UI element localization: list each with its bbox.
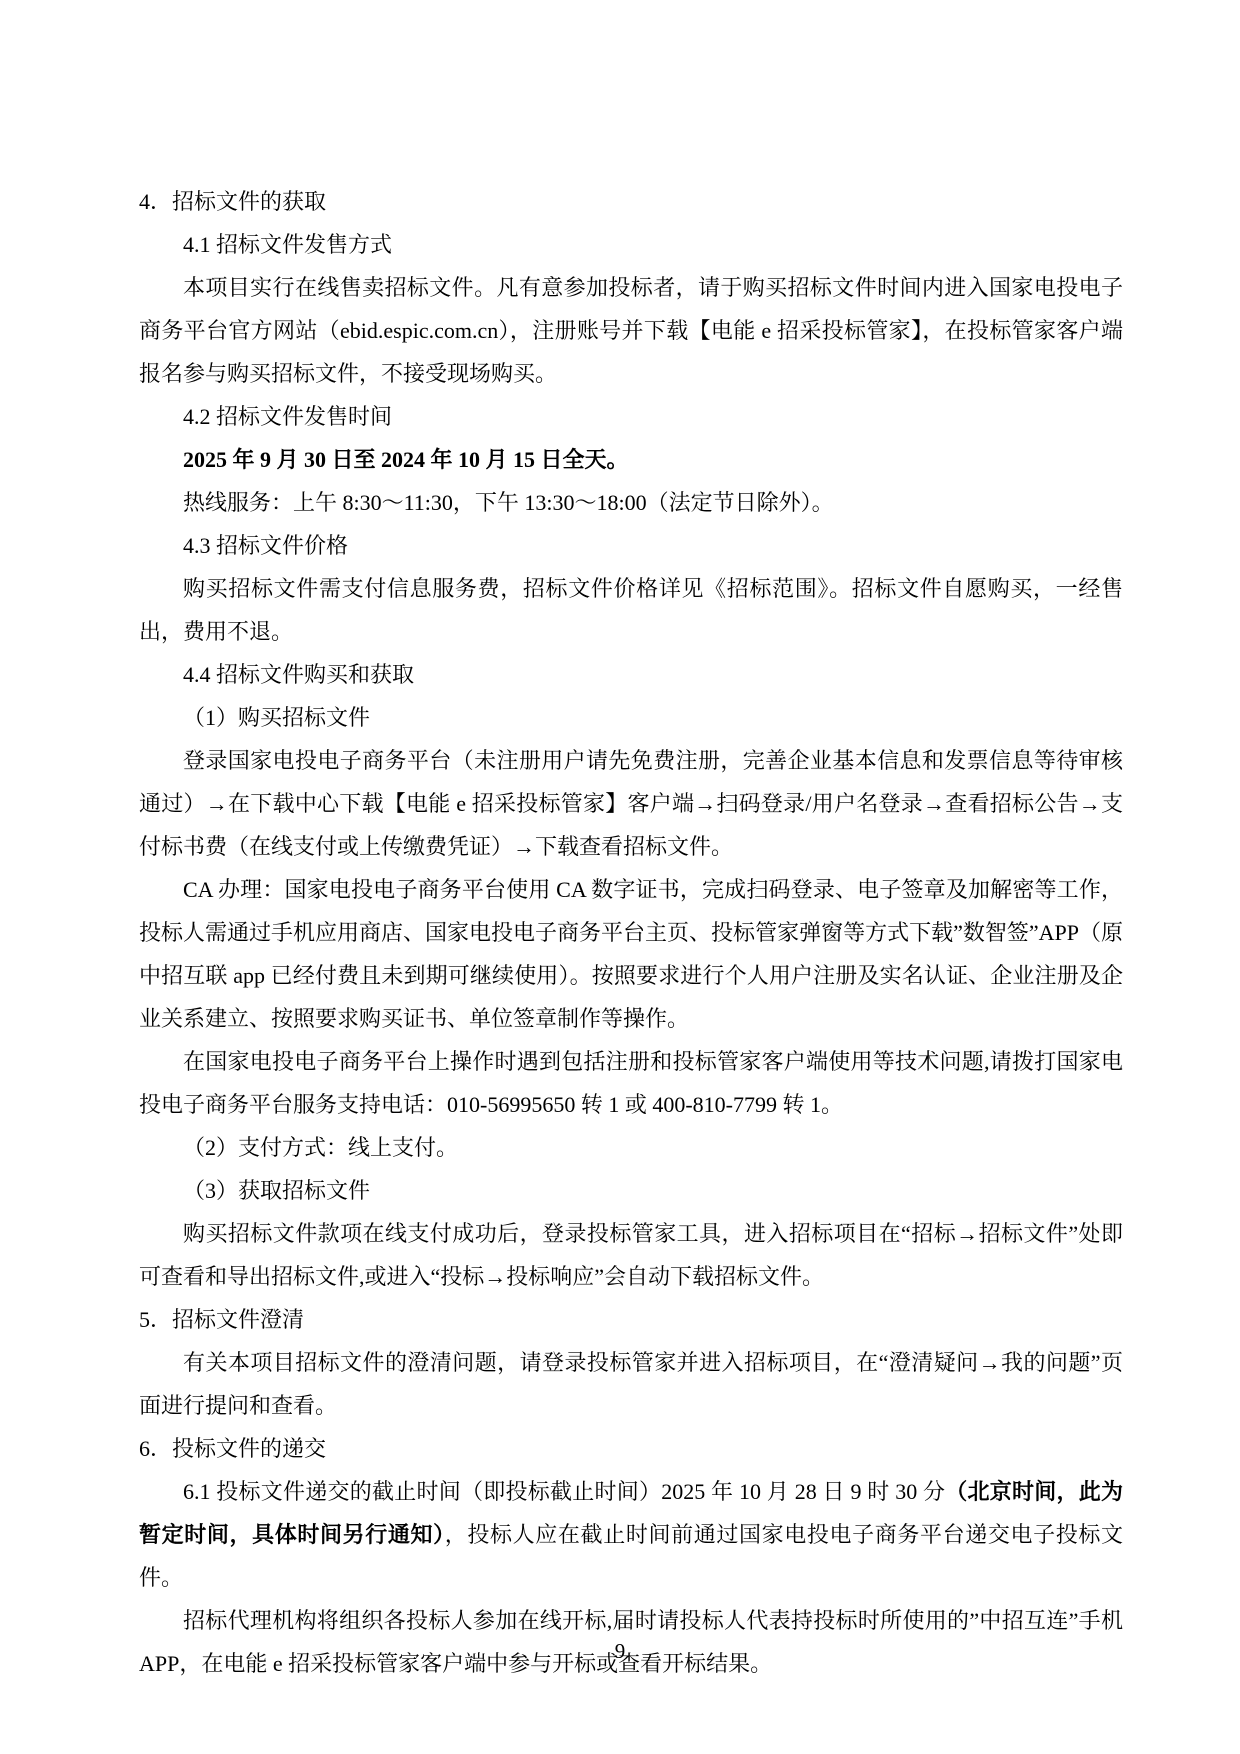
text-run: 热线服务：上午 8:30～11:30，下午 13:30～18:00（法定节日除外… xyxy=(183,490,834,515)
para-obtain-steps: 购买招标文件款项在线支付成功后，登录投标管家工具，进入招标项目在“招标→招标文件… xyxy=(139,1212,1123,1298)
para-price: 购买招标文件需支付信息服务费，招标文件价格详见《招标范围》。招标文件自愿购买，一… xyxy=(139,567,1123,653)
para-hotline: 热线服务：上午 8:30～11:30，下午 13:30～18:00（法定节日除外… xyxy=(139,481,1123,524)
section-heading-6: 6．投标文件的递交 xyxy=(139,1427,1123,1470)
text-run: 4.3 招标文件价格 xyxy=(183,533,348,558)
document-body: 4．招标文件的获取4.1 招标文件发售方式本项目实行在线售卖招标文件。凡有意参加… xyxy=(139,180,1123,1685)
section-heading-5: 5．招标文件澄清 xyxy=(139,1298,1123,1341)
subheading-4-3: 4.3 招标文件价格 xyxy=(139,524,1123,567)
text-run: 有关本项目招标文件的澄清问题，请登录投标管家并进入招标项目，在“澄清疑问→我的问… xyxy=(139,1350,1123,1418)
text-run: （2）支付方式：线上支付。 xyxy=(183,1135,458,1160)
text-run: 4.1 招标文件发售方式 xyxy=(183,232,392,257)
subheading-4-4: 4.4 招标文件购买和获取 xyxy=(139,653,1123,696)
para-support-phone: 在国家电投电子商务平台上操作时遇到包括注册和投标管家客户端使用等技术问题,请拨打… xyxy=(139,1040,1123,1126)
para-item-1-buy: （1）购买招标文件 xyxy=(139,696,1123,739)
text-run: CA 办理：国家电投电子商务平台使用 CA 数字证书，完成扫码登录、电子签章及加… xyxy=(139,877,1123,1031)
text-run: 在国家电投电子商务平台上操作时遇到包括注册和投标管家客户端使用等技术问题,请拨打… xyxy=(139,1049,1123,1117)
para-sale-period: 2025 年 9 月 30 日至 2024 年 10 月 15 日全天。 xyxy=(139,438,1123,481)
para-item-3-obtain: （3）获取招标文件 xyxy=(139,1169,1123,1212)
text-run: 购买招标文件款项在线支付成功后，登录投标管家工具，进入招标项目在“招标→招标文件… xyxy=(139,1221,1123,1289)
para-item-2-payment: （2）支付方式：线上支付。 xyxy=(139,1126,1123,1169)
para-online-sale: 本项目实行在线售卖招标文件。凡有意参加投标者，请于购买招标文件时间内进入国家电投… xyxy=(139,266,1123,395)
section-heading-4: 4．招标文件的获取 xyxy=(139,180,1123,223)
subheading-4-1: 4.1 招标文件发售方式 xyxy=(139,223,1123,266)
page-number: 9 xyxy=(615,1639,626,1663)
text-run: 登录国家电投电子商务平台（未注册用户请先免费注册，完善企业基本信息和发票信息等待… xyxy=(139,748,1123,859)
text-run: 4．招标文件的获取 xyxy=(139,189,326,214)
para-clarification: 有关本项目招标文件的澄清问题，请登录投标管家并进入招标项目，在“澄清疑问→我的问… xyxy=(139,1341,1123,1427)
text-run: 6．投标文件的递交 xyxy=(139,1436,326,1461)
text-run: 6.1 投标文件递交的截止时间（即投标截止时间）2025 年 10 月 28 日… xyxy=(183,1479,945,1504)
page-footer: 9 xyxy=(0,1630,1240,1673)
text-run: （1）购买招标文件 xyxy=(183,705,370,730)
para-buy-steps: 登录国家电投电子商务平台（未注册用户请先免费注册，完善企业基本信息和发票信息等待… xyxy=(139,739,1123,868)
text-run: 4.4 招标文件购买和获取 xyxy=(183,662,414,687)
bold-text-run: 2025 年 9 月 30 日至 2024 年 10 月 15 日全天。 xyxy=(183,447,629,472)
text-run: 购买招标文件需支付信息服务费，招标文件价格详见《招标范围》。招标文件自愿购买，一… xyxy=(139,576,1123,644)
document-page: 4．招标文件的获取4.1 招标文件发售方式本项目实行在线售卖招标文件。凡有意参加… xyxy=(0,0,1240,1754)
text-run: 4.2 招标文件发售时间 xyxy=(183,404,392,429)
subheading-4-2: 4.2 招标文件发售时间 xyxy=(139,395,1123,438)
text-run: 5．招标文件澄清 xyxy=(139,1307,304,1332)
text-run: 本项目实行在线售卖招标文件。凡有意参加投标者，请于购买招标文件时间内进入国家电投… xyxy=(139,275,1123,386)
text-run: （3）获取招标文件 xyxy=(183,1178,370,1203)
para-deadline: 6.1 投标文件递交的截止时间（即投标截止时间）2025 年 10 月 28 日… xyxy=(139,1470,1123,1599)
para-ca-handling: CA 办理：国家电投电子商务平台使用 CA 数字证书，完成扫码登录、电子签章及加… xyxy=(139,868,1123,1040)
